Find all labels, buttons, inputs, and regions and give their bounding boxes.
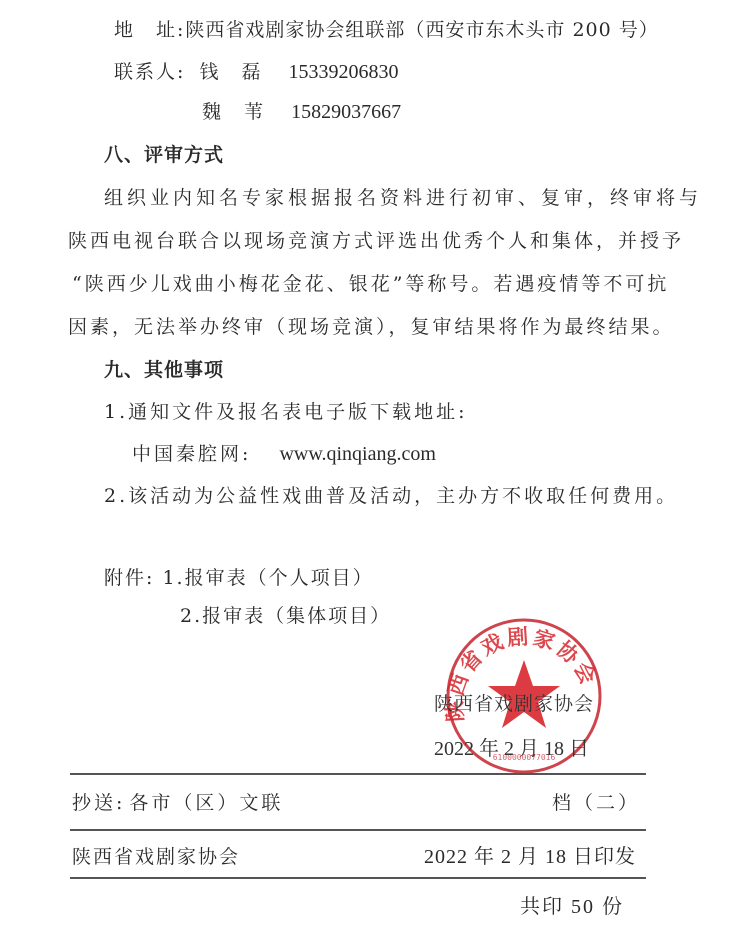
site-url-link[interactable]: www.qinqiang.com	[279, 443, 435, 465]
contacts-label: 联系人:	[114, 61, 185, 83]
contact-phone-2: 15829037667	[291, 101, 401, 123]
cc-value: 各市（区）文联	[129, 792, 283, 814]
contact-name-1: 钱 磊	[199, 61, 262, 83]
signature-date: 2022 年 2 月 18 日	[434, 737, 589, 761]
section-8-line-3: “陕西少儿戏曲小梅花金花、银花”等称号。若遇疫情等不可抗	[72, 272, 669, 296]
section-8-line-4: 因素，无法举办终审（现场竞演），复审结果将作为最终结果。	[68, 315, 675, 339]
attachments-line-1: 附件: 1.报审表（个人项目）	[104, 566, 374, 590]
section-8-line-2: 陕西电视台联合以现场竞演方式评选出优秀个人和集体，并授予	[68, 229, 684, 253]
contact-line-1: 联系人: 钱 磊 15339206830	[114, 60, 399, 84]
archive-mark: 档（二）	[552, 791, 640, 815]
cc-label: 抄送:	[72, 792, 125, 814]
section-9-item-2: 2.该活动为公益性戏曲普及活动，主办方不收取任何费用。	[104, 484, 678, 508]
attachment-item-1: 1.报审表（个人项目）	[162, 567, 373, 589]
signature-org: 陕西省戏剧家协会	[434, 692, 594, 716]
footer-rule-top	[70, 773, 646, 775]
contact-line-2: 魏 苇 15829037667	[202, 100, 401, 124]
contact-phone-1: 15339206830	[289, 61, 399, 83]
section-8-line-1: 组织业内知名专家根据报名资料进行初审、复审，终审将与	[104, 186, 702, 210]
footer-rule-bottom	[70, 877, 646, 879]
address-line: 地 址:陕西省戏剧家协会组联部（西安市东木头市 200 号）	[114, 18, 659, 42]
issue-date: 2022 年 2 月 18 日印发	[424, 845, 636, 869]
site-label: 中国秦腔网:	[132, 443, 251, 465]
attachment-item-2: 2.报审表（集体项目）	[180, 604, 391, 628]
cc-line: 抄送:各市（区）文联	[72, 791, 283, 815]
section-8-heading: 八、评审方式	[104, 143, 224, 167]
address-label: 地 址:	[114, 19, 185, 41]
section-9-item-1: 1.通知文件及报名表电子版下载地址:	[104, 400, 468, 424]
attachments-label: 附件:	[104, 567, 154, 589]
address-value: 陕西省戏剧家协会组联部（西安市东木头市 200 号）	[185, 19, 658, 41]
copies-count: 共印 50 份	[520, 895, 624, 919]
section-9-heading: 九、其他事项	[104, 358, 224, 382]
download-site-line: 中国秦腔网: www.qinqiang.com	[132, 442, 436, 466]
issuer: 陕西省戏剧家协会	[72, 845, 240, 869]
footer-rule-middle	[70, 829, 646, 831]
contact-name-2: 魏 苇	[202, 101, 265, 123]
